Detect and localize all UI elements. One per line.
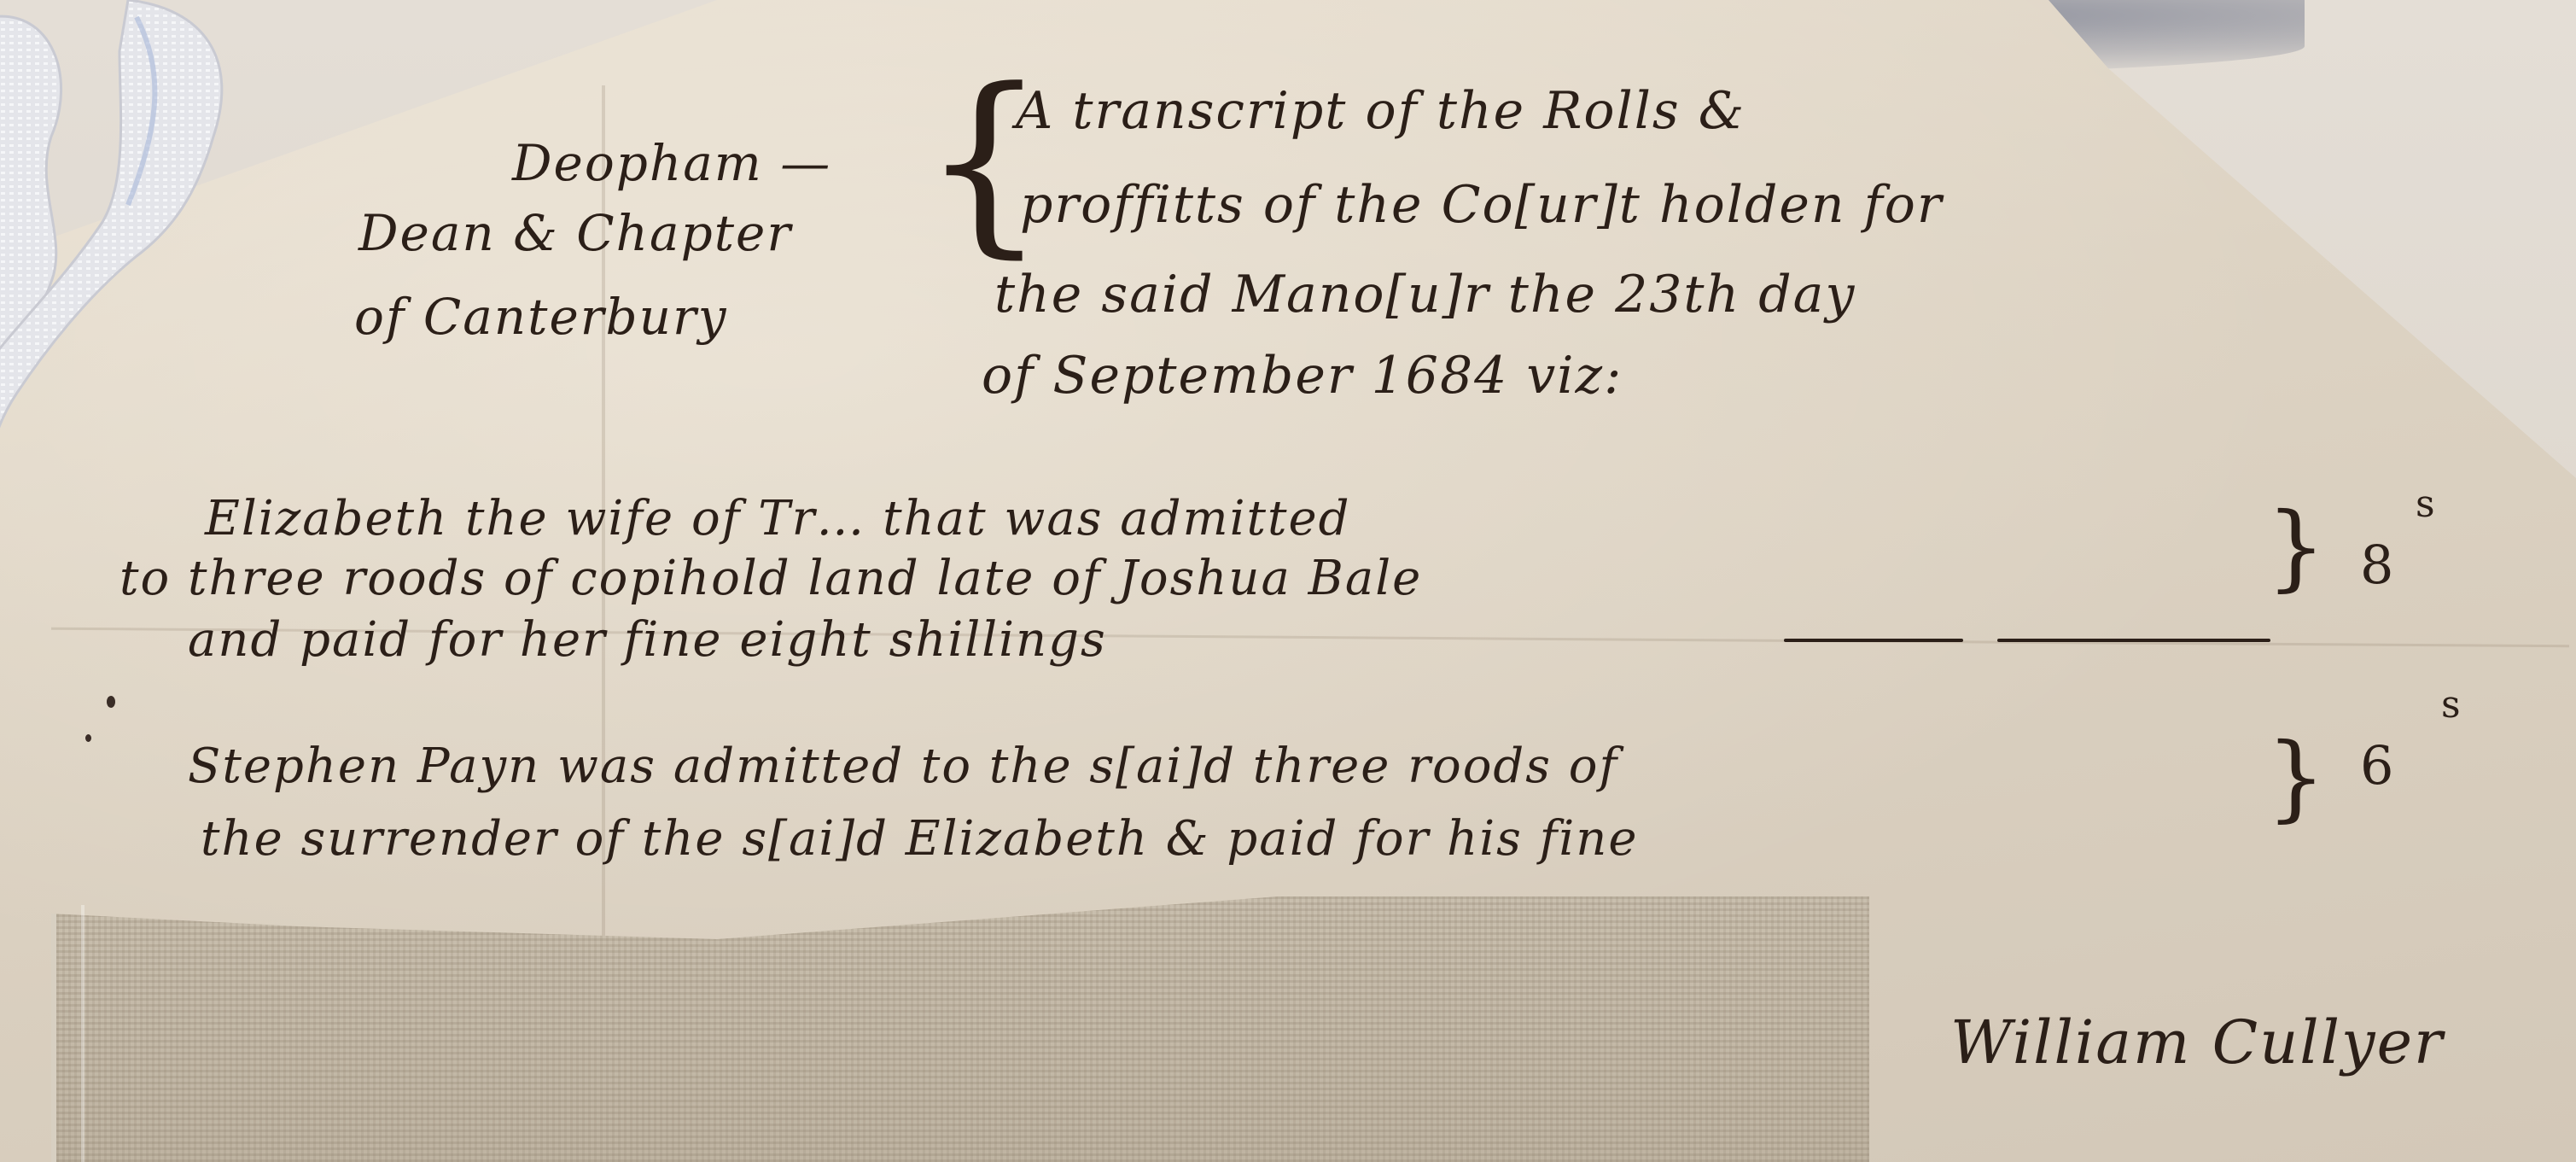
clerk-signature: William Cullyer (1950, 1007, 2444, 1077)
entry-2-line-1: Stephen Payn was admitted to the s[ai]d … (188, 734, 1618, 799)
entry-1-brace: } (2266, 499, 2326, 593)
heading-owner-location: of Canterbury (354, 282, 727, 352)
ink-blot (107, 696, 115, 708)
entry-2-brace: } (2266, 730, 2326, 824)
entry-1-line-1: Elizabeth the wife of Tr… that was admit… (205, 487, 1351, 552)
heading-place: Deopham — (512, 128, 831, 198)
heading-owner: Dean & Chapter (358, 198, 792, 268)
heading-title-line-3: the said Mano[u]r the 23th day (994, 260, 1856, 329)
entry-1-amount: 8 (2360, 534, 2395, 596)
entry-1-filler-dash (1784, 639, 1963, 642)
entry-2-amount: 6 (2360, 734, 2395, 797)
cloth-document-weight (51, 896, 1874, 1162)
entry-1-line-3: and paid for her fine eight shillings (188, 608, 1107, 673)
heading-title-line-1: A transcript of the Rolls & (1016, 77, 1746, 145)
entry-1-line-2: to three roods of copihold land late of … (119, 546, 1422, 611)
ink-blot (85, 734, 91, 742)
entry-1-filler-dash (1997, 639, 2270, 642)
heading-date-line: of September 1684 viz: (982, 342, 1623, 410)
entry-2-line-2: the surrender of the s[ai]d Elizabeth & … (201, 807, 1639, 872)
entry-1-shillings-mark: s (2416, 482, 2437, 526)
cloth-weight-seam (81, 905, 85, 1162)
braided-cord-icon (0, 0, 230, 478)
entry-2-shillings-mark: s (2441, 683, 2462, 727)
heading-title-line-2: proffitts of the Co[ur]t holden for (1020, 171, 1944, 239)
